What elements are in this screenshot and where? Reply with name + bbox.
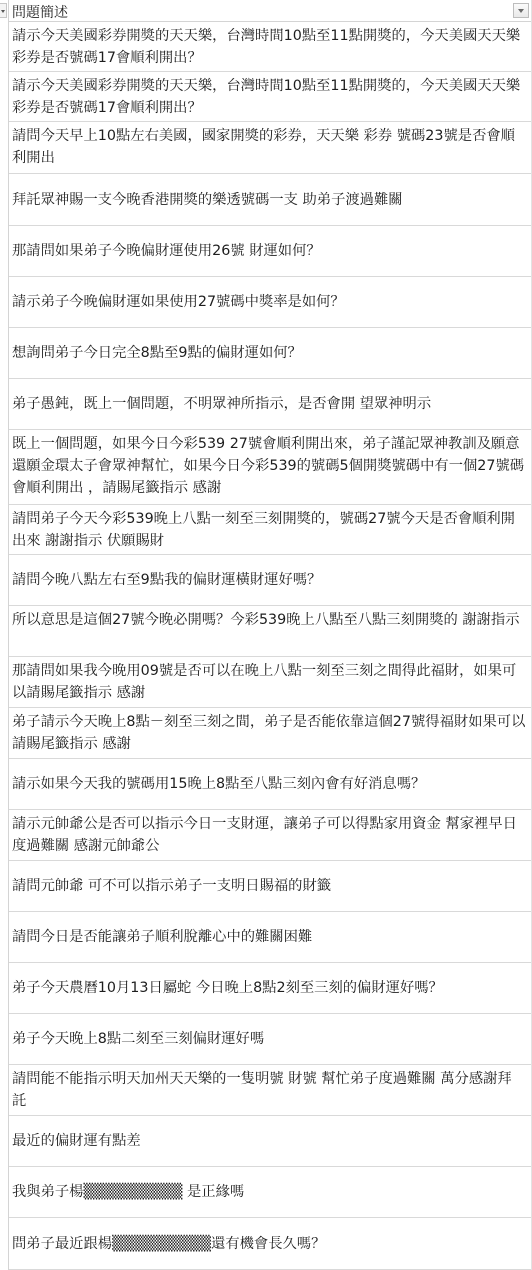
table-cell[interactable]: 那請問如果我今晚用09號是否可以在晚上八點一刻至三刻之間得此福財，如果可以請賜尾… xyxy=(9,657,532,706)
table-cell[interactable]: 弟子愚鈍，既上一個問題，不明眾神所指示，是否會開 望眾神明示 xyxy=(9,391,437,417)
table-row[interactable]: 請問今日是否能讓弟子順利脫離心中的難關困難 xyxy=(9,912,532,963)
table-cell[interactable]: 那請問如果弟子今晚偏財運使用26號 財運如何？ xyxy=(9,238,327,264)
table-cell[interactable]: 請問能不能指示明天加州天天樂的一隻明號 財號 幫忙弟子度過難關 萬分感謝拜託 xyxy=(9,1065,532,1114)
table-cell[interactable]: 請問今晚八點左右至9點我的偏財運橫財運好嗎？ xyxy=(9,567,327,593)
table-row[interactable]: 請示弟子今晚偏財運如果使用27號碼中獎率是如何？ xyxy=(9,277,532,328)
table-row[interactable]: 拜託眾神賜一支今晚香港開獎的樂透號碼一支 助弟子渡過難關 xyxy=(9,174,532,226)
table-cell[interactable]: 我與弟子楊▒▒▒▒▒▒▒▒▒ 是正緣嗎 xyxy=(9,1179,250,1205)
table-row[interactable]: 既上一個問題，如果今日今彩539 27號會順利開出來，弟子謹記眾神教訓及願意還願… xyxy=(9,430,532,505)
table-cell[interactable]: 請示元帥爺公是否可以指示今日一支財運，讓弟子可以得點家用資金 幫家裡早日度過難關… xyxy=(9,810,532,859)
table-cell[interactable]: 請示如果今天我的號碼用15晚上8點至八點三刻內會有好消息嗎？ xyxy=(9,771,431,797)
table-row[interactable]: 最近的偏財運有點差 xyxy=(9,1116,532,1167)
table-cell[interactable]: 弟子今天晚上8點二刻至三刻偏財運好嗎 xyxy=(9,1026,270,1052)
table-cell[interactable]: 請示弟子今晚偏財運如果使用27號碼中獎率是如何？ xyxy=(9,289,351,315)
table-cell[interactable]: 請示今天美國彩券開獎的天天樂，台灣時間10點至11點開獎的，今天美國天天樂彩券是… xyxy=(9,72,532,121)
table-row[interactable]: 請問弟子今天今彩539晚上八點一刻至三刻開獎的，號碼27號今天是否會順利開出來 … xyxy=(9,505,532,555)
table-cell[interactable]: 既上一個問題，如果今日今彩539 27號會順利開出來，弟子謹記眾神教訓及願意還願… xyxy=(9,430,532,501)
dropdown-filter-icon[interactable] xyxy=(513,3,529,18)
table-row[interactable]: 請問能不能指示明天加州天天樂的一隻明號 財號 幫忙弟子度過難關 萬分感謝拜託 xyxy=(9,1065,532,1116)
table-row[interactable]: 那請問如果弟子今晚偏財運使用26號 財運如何？ xyxy=(9,226,532,277)
table-row[interactable]: 所以意思是這個27號今晚必開嗎？今彩539晚上八點至八點三刻開獎的 謝謝指示 xyxy=(9,606,532,657)
row-header-column xyxy=(0,0,9,1270)
table-row[interactable]: 請問今晚八點左右至9點我的偏財運橫財運好嗎？ xyxy=(9,555,532,606)
table-row[interactable]: 請示元帥爺公是否可以指示今日一支財運，讓弟子可以得點家用資金 幫家裡早日度過難關… xyxy=(9,810,532,861)
table-cell[interactable]: 請問元帥爺 可不可以指示弟子一支明日賜福的財籤 xyxy=(9,873,337,899)
table-cell[interactable]: 請問今天早上10點左右美國，國家開獎的彩券，天天樂 彩券 號碼23號是否會順利開… xyxy=(9,122,532,171)
table-cell[interactable]: 所以意思是這個27號今晚必開嗎？今彩539晚上八點至八點三刻開獎的 謝謝指示 xyxy=(9,606,526,633)
table-cell[interactable]: 想詢問弟子今日完全8點至9點的偏財運如何？ xyxy=(9,340,308,366)
table-row[interactable]: 弟子請示今天晚上8點－刻至三刻之間，弟子是否能依靠這個27號得福財如果可以請賜尾… xyxy=(9,708,532,759)
column-header: 問題簡述 xyxy=(9,0,532,22)
table-row[interactable]: 那請問如果我今晚用09號是否可以在晚上八點一刻至三刻之間得此福財，如果可以請賜尾… xyxy=(9,657,532,708)
table-cell[interactable]: 請問今日是否能讓弟子順利脫離心中的難關困難 xyxy=(9,924,318,950)
table-cell[interactable]: 最近的偏財運有點差 xyxy=(9,1128,147,1154)
spreadsheet: 問題簡述 請示今天美國彩券開獎的天天樂，台灣時間10點至11點開獎的，今天美國天… xyxy=(0,0,532,1270)
previous-column-filter-button[interactable] xyxy=(0,3,7,18)
table-cell[interactable]: 問弟子最近跟楊▒▒▒▒▒▒▒▒▒還有機會長久嗎？ xyxy=(9,1231,331,1257)
table-cell[interactable]: 弟子請示今天晚上8點－刻至三刻之間，弟子是否能依靠這個27號得福財如果可以請賜尾… xyxy=(9,708,532,757)
table-row[interactable]: 請示如果今天我的號碼用15晚上8點至八點三刻內會有好消息嗎？ xyxy=(9,759,532,810)
table-cell[interactable]: 弟子今天農曆10月13日屬蛇 今日晚上8點2刻至三刻的偏財運好嗎？ xyxy=(9,975,449,1001)
table-row[interactable]: 請示今天美國彩券開獎的天天樂，台灣時間10點至11點開獎的，今天美國天天樂彩券是… xyxy=(9,22,532,72)
table-row[interactable]: 弟子愚鈍，既上一個問題，不明眾神所指示，是否會開 望眾神明示 xyxy=(9,379,532,430)
column-header-label: 問題簡述 xyxy=(12,2,68,22)
table-row[interactable]: 想詢問弟子今日完全8點至9點的偏財運如何？ xyxy=(9,328,532,379)
table-body: 請示今天美國彩券開獎的天天樂，台灣時間10點至11點開獎的，今天美國天天樂彩券是… xyxy=(9,22,532,1270)
table-row[interactable]: 請問元帥爺 可不可以指示弟子一支明日賜福的財籤 xyxy=(9,861,532,912)
table-row[interactable]: 弟子今天農曆10月13日屬蛇 今日晚上8點2刻至三刻的偏財運好嗎？ xyxy=(9,963,532,1014)
table-cell[interactable]: 請示今天美國彩券開獎的天天樂，台灣時間10點至11點開獎的，今天美國天天樂彩券是… xyxy=(9,22,532,71)
table-row[interactable]: 弟子今天晚上8點二刻至三刻偏財運好嗎 xyxy=(9,1014,532,1065)
table-row[interactable]: 請示今天美國彩券開獎的天天樂，台灣時間10點至11點開獎的，今天美國天天樂彩券是… xyxy=(9,72,532,122)
table-cell[interactable]: 拜託眾神賜一支今晚香港開獎的樂透號碼一支 助弟子渡過難關 xyxy=(9,187,409,213)
table-row[interactable]: 請問今天早上10點左右美國，國家開獎的彩券，天天樂 彩券 號碼23號是否會順利開… xyxy=(9,122,532,174)
table-row[interactable]: 我與弟子楊▒▒▒▒▒▒▒▒▒ 是正緣嗎 xyxy=(9,1167,532,1218)
table-row[interactable]: 問弟子最近跟楊▒▒▒▒▒▒▒▒▒還有機會長久嗎？ xyxy=(9,1218,532,1270)
table-cell[interactable]: 請問弟子今天今彩539晚上八點一刻至三刻開獎的，號碼27號今天是否會順利開出來 … xyxy=(9,505,532,554)
